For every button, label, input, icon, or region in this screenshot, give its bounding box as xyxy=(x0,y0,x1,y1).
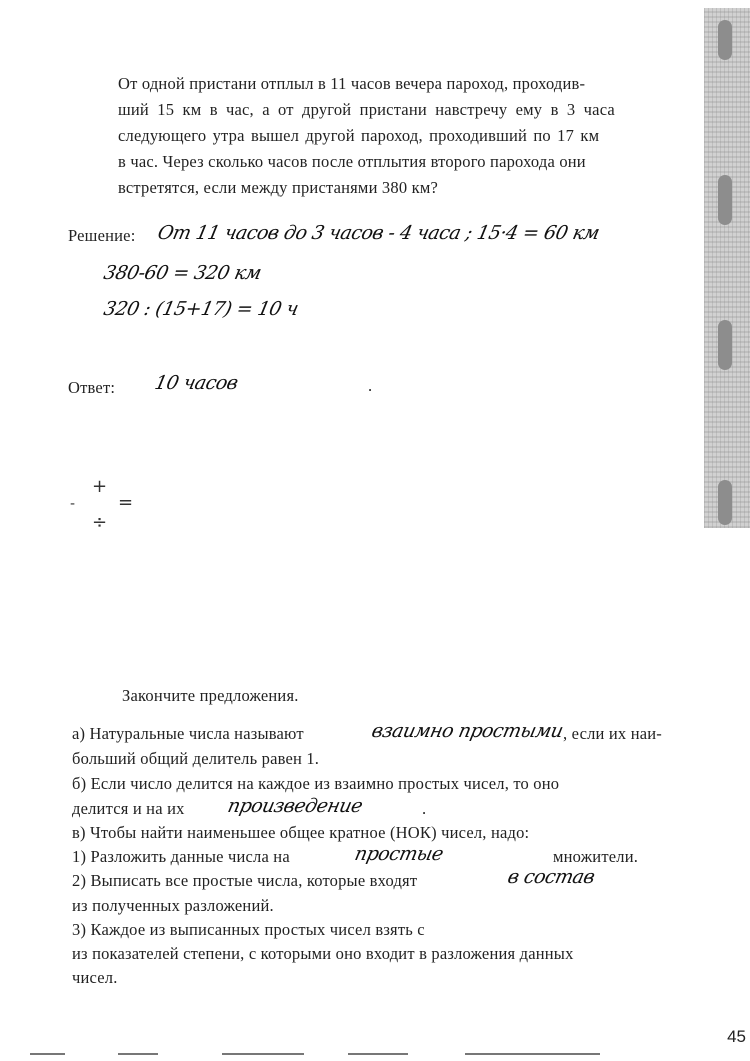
binding-ring-mark xyxy=(718,480,732,525)
plus-sign-scribble: + xyxy=(92,476,107,497)
step2-fill-handwritten: в состав xyxy=(506,866,597,888)
minus-sign-scribble: - xyxy=(70,496,75,512)
divide-sign-scribble: ÷ xyxy=(92,512,107,533)
sentence-a-fill-handwritten: взаимно простыми xyxy=(370,720,565,742)
step3-line2: из показателей степени, с которыми оно в… xyxy=(72,944,574,964)
binding-ring-mark xyxy=(718,320,732,370)
step3-line1: 3) Каждое из выписанных простых чисел вз… xyxy=(72,920,425,940)
solution-line-handwritten: От 11 часов до 3 часов - 4 часа ; 15·4 =… xyxy=(156,222,602,244)
step3-line3: чисел. xyxy=(72,968,118,988)
page-number: 45 xyxy=(727,1027,746,1047)
sentence-b-fill-handwritten: произведение xyxy=(226,795,365,817)
footer-rule xyxy=(348,1053,408,1055)
answer-label: Ответ: xyxy=(68,378,115,398)
solution-line-handwritten: 320 : (15+17) = 10 ч xyxy=(102,298,301,320)
footer-rule xyxy=(118,1053,158,1055)
sentence-b-start: делится и на их xyxy=(72,799,185,819)
equals-sign-scribble: = xyxy=(118,492,133,513)
sentence-a-start: а) Натуральные числа называют xyxy=(72,724,304,744)
sentence-b-line1: б) Если число делится на каждое из взаим… xyxy=(72,774,559,794)
solution-line-handwritten: 380-60 = 320 км xyxy=(102,262,263,284)
answer-value-handwritten: 10 часов xyxy=(153,372,240,394)
binding-ring-mark xyxy=(718,20,732,60)
sentence-a-end: , если их наи- xyxy=(563,724,662,744)
solution-label: Решение: xyxy=(68,226,135,246)
sentence-c-line1: в) Чтобы найти наименьшее общее кратное … xyxy=(72,823,529,843)
step1-end: множители. xyxy=(553,847,638,867)
step1-fill-handwritten: простые xyxy=(353,843,445,865)
footer-rule xyxy=(465,1053,600,1055)
footer-rule xyxy=(30,1053,65,1055)
problem-line: От одной пристани отплыл в 11 часов вече… xyxy=(118,74,585,94)
problem-line: в час. Через сколько часов после отплыти… xyxy=(118,152,586,172)
sentence-a-line2: больший общий делитель равен 1. xyxy=(72,749,319,769)
step1-start: 1) Разложить данные числа на xyxy=(72,847,290,867)
step2-start: 2) Выписать все простые числа, которые в… xyxy=(72,871,417,891)
step2-line2: из полученных разложений. xyxy=(72,896,274,916)
answer-end-mark: . xyxy=(368,376,372,396)
problem-line: ший 15 км в час, а от другой пристани на… xyxy=(118,100,615,120)
binding-margin-scan xyxy=(704,8,750,528)
binding-ring-mark xyxy=(718,175,732,225)
sentence-b-end: . xyxy=(422,799,426,819)
problem-line: следующего утра вышел другой пароход, пр… xyxy=(118,126,599,146)
footer-rule xyxy=(222,1053,304,1055)
section-title: Закончите предложения. xyxy=(122,686,299,706)
problem-line: встретятся, если между пристанями 380 км… xyxy=(118,178,438,198)
